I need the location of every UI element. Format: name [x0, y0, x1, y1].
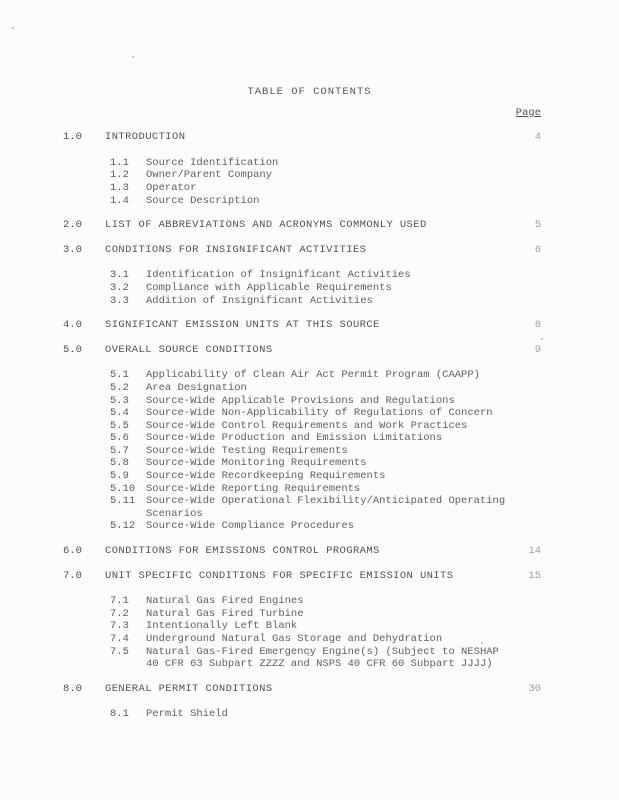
section-number: 3.0	[63, 244, 105, 257]
toc-subsection: 1.3Operator	[110, 182, 541, 195]
section-page-number: 30	[507, 683, 541, 696]
section-title: GENERAL PERMIT CONDITIONS	[105, 683, 507, 696]
subsection-title: Area Designation	[146, 382, 247, 395]
toc-section: 5.0OVERALL SOURCE CONDITIONS95.1Applicab…	[63, 344, 541, 533]
subsection-number: 5.9	[110, 470, 146, 483]
section-page-number: 14	[507, 545, 541, 558]
subsection-number: 8.1	[110, 708, 146, 721]
subsection-number: 5.1	[110, 369, 146, 382]
subsection-title: Natural Gas Fired Turbine	[146, 608, 304, 621]
toc-section: 3.0CONDITIONS FOR INSIGNIFICANT ACTIVITI…	[63, 244, 541, 307]
subsection-title: Intentionally Left Blank	[146, 620, 297, 633]
toc-section-row: 8.0GENERAL PERMIT CONDITIONS30	[63, 683, 541, 696]
subsection-title: Natural Gas Fired Engines	[146, 595, 304, 608]
section-page-number: 9	[507, 344, 541, 357]
subsection-number: 3.3	[110, 295, 146, 308]
subsection-list: 5.1Applicability of Clean Air Act Permit…	[110, 369, 541, 533]
toc-section: 1.0INTRODUCTION41.1Source Identification…	[63, 131, 541, 207]
subsection-title: Source-Wide Production and Emission Limi…	[146, 432, 442, 445]
toc-subsection: 1.4Source Description	[110, 195, 541, 208]
subsection-title: Source Description	[146, 195, 259, 208]
section-number: 1.0	[63, 131, 105, 144]
toc-subsection: 3.3Addition of Insignificant Activities	[110, 295, 541, 308]
scan-speck	[132, 56, 134, 58]
section-title: CONDITIONS FOR INSIGNIFICANT ACTIVITIES	[105, 244, 507, 257]
toc-section: 2.0LIST OF ABBREVIATIONS AND ACRONYMS CO…	[63, 219, 541, 232]
toc-subsection: 1.1Source Identification	[110, 157, 541, 170]
subsection-number: 1.2	[110, 169, 146, 182]
toc-subsection: 5.11Source-Wide Operational Flexibility/…	[110, 495, 541, 520]
section-title: INTRODUCTION	[105, 131, 507, 144]
subsection-number: 5.11	[110, 495, 146, 520]
subsection-title: Underground Natural Gas Storage and Dehy…	[146, 633, 442, 646]
scanned-document-page: TABLE OF CONTENTS Page 1.0INTRODUCTION41…	[0, 0, 619, 800]
scan-speck	[12, 27, 14, 29]
subsection-number: 7.3	[110, 620, 146, 633]
subsection-title: Identification of Insignificant Activiti…	[146, 269, 411, 282]
subsection-title: Owner/Parent Company	[146, 169, 272, 182]
toc-section-row: 6.0CONDITIONS FOR EMISSIONS CONTROL PROG…	[63, 545, 541, 558]
section-page-number: 15	[507, 570, 541, 583]
subsection-number: 3.2	[110, 282, 146, 295]
section-page-number: 6	[507, 244, 541, 257]
subsection-title: Operator	[146, 182, 196, 195]
subsection-title: Source-Wide Compliance Procedures	[146, 520, 354, 533]
section-number: 7.0	[63, 570, 105, 583]
section-number: 8.0	[63, 683, 105, 696]
section-title: UNIT SPECIFIC CONDITIONS FOR SPECIFIC EM…	[105, 570, 507, 583]
subsection-number: 1.4	[110, 195, 146, 208]
subsection-number: 1.3	[110, 182, 146, 195]
subsection-number: 5.8	[110, 457, 146, 470]
toc-section-row: 1.0INTRODUCTION4	[63, 131, 541, 144]
toc-content: Page 1.0INTRODUCTION41.1Source Identific…	[63, 107, 541, 721]
toc-subsection: 5.8Source-Wide Monitoring Requirements	[110, 457, 541, 470]
subsection-title: Source-Wide Reporting Requirements	[146, 483, 360, 496]
toc-subsection: 5.5Source-Wide Control Requirements and …	[110, 420, 541, 433]
subsection-number: 5.7	[110, 445, 146, 458]
subsection-list: 1.1Source Identification1.2Owner/Parent …	[110, 157, 541, 207]
subsection-list: 3.1Identification of Insignificant Activ…	[110, 269, 541, 307]
subsection-title: Source-Wide Non-Applicability of Regulat…	[146, 407, 493, 420]
scan-speck	[541, 338, 543, 340]
subsection-title: Source-Wide Testing Requirements	[146, 445, 348, 458]
subsection-number: 7.4	[110, 633, 146, 646]
page-title: TABLE OF CONTENTS	[0, 0, 619, 99]
toc-subsection: 1.2Owner/Parent Company	[110, 169, 541, 182]
toc-section-row: 7.0UNIT SPECIFIC CONDITIONS FOR SPECIFIC…	[63, 570, 541, 583]
scan-speck	[481, 642, 483, 644]
toc-subsection: 5.10Source-Wide Reporting Requirements	[110, 483, 541, 496]
subsection-number: 5.6	[110, 432, 146, 445]
section-number: 6.0	[63, 545, 105, 558]
toc-subsection: 5.2Area Designation	[110, 382, 541, 395]
toc-subsection: 5.3Source-Wide Applicable Provisions and…	[110, 395, 541, 408]
subsection-title: Source Identification	[146, 157, 278, 170]
subsection-list: 8.1Permit Shield	[110, 708, 541, 721]
subsection-title: Permit Shield	[146, 708, 228, 721]
subsection-number: 1.1	[110, 157, 146, 170]
subsection-title: Source-Wide Operational Flexibility/Anti…	[146, 495, 505, 520]
toc-subsection: 5.12Source-Wide Compliance Procedures	[110, 520, 541, 533]
toc-section-row: 4.0SIGNIFICANT EMISSION UNITS AT THIS SO…	[63, 319, 541, 332]
toc-section-row: 3.0CONDITIONS FOR INSIGNIFICANT ACTIVITI…	[63, 244, 541, 257]
subsection-number: 3.1	[110, 269, 146, 282]
subsection-title: Source-Wide Control Requirements and Wor…	[146, 420, 467, 433]
toc-subsection: 7.4Underground Natural Gas Storage and D…	[110, 633, 541, 646]
subsection-number: 5.2	[110, 382, 146, 395]
toc-section-row: 2.0LIST OF ABBREVIATIONS AND ACRONYMS CO…	[63, 219, 541, 232]
subsection-title: Addition of Insignificant Activities	[146, 295, 373, 308]
subsection-title: Applicability of Clean Air Act Permit Pr…	[146, 369, 480, 382]
section-number: 2.0	[63, 219, 105, 232]
section-number: 5.0	[63, 344, 105, 357]
subsection-number: 7.1	[110, 595, 146, 608]
toc-section: 4.0SIGNIFICANT EMISSION UNITS AT THIS SO…	[63, 319, 541, 332]
toc-section: 8.0GENERAL PERMIT CONDITIONS308.1Permit …	[63, 683, 541, 721]
section-title: LIST OF ABBREVIATIONS AND ACRONYMS COMMO…	[105, 219, 507, 232]
toc-subsection: 7.1Natural Gas Fired Engines	[110, 595, 541, 608]
toc-section-row: 5.0OVERALL SOURCE CONDITIONS9	[63, 344, 541, 357]
section-page-number: 8	[507, 319, 541, 332]
toc-subsection: 7.3Intentionally Left Blank	[110, 620, 541, 633]
subsection-title: Compliance with Applicable Requirements	[146, 282, 392, 295]
toc-subsection: 8.1Permit Shield	[110, 708, 541, 721]
toc-subsection: 5.1Applicability of Clean Air Act Permit…	[110, 369, 541, 382]
subsection-number: 5.4	[110, 407, 146, 420]
toc-subsection: 7.2Natural Gas Fired Turbine	[110, 608, 541, 621]
subsection-number: 5.3	[110, 395, 146, 408]
scan-speck	[480, 653, 482, 654]
toc-subsection: 5.7Source-Wide Testing Requirements	[110, 445, 541, 458]
toc-section: 6.0CONDITIONS FOR EMISSIONS CONTROL PROG…	[63, 545, 541, 558]
subsection-title: Source-Wide Monitoring Requirements	[146, 457, 367, 470]
toc-sections: 1.0INTRODUCTION41.1Source Identification…	[63, 131, 541, 721]
subsection-number: 5.10	[110, 483, 146, 496]
toc-subsection: 3.1Identification of Insignificant Activ…	[110, 269, 541, 282]
subsection-title: Source-Wide Applicable Provisions and Re…	[146, 395, 455, 408]
section-title: OVERALL SOURCE CONDITIONS	[105, 344, 507, 357]
toc-subsection: 5.6Source-Wide Production and Emission L…	[110, 432, 541, 445]
subsection-number: 7.2	[110, 608, 146, 621]
section-page-number: 5	[507, 219, 541, 232]
toc-subsection: 5.4Source-Wide Non-Applicability of Regu…	[110, 407, 541, 420]
footer-page-number: 2	[0, 648, 619, 661]
subsection-number: 5.12	[110, 520, 146, 533]
subsection-number: 5.5	[110, 420, 146, 433]
section-number: 4.0	[63, 319, 105, 332]
subsection-title: Source-Wide Recordkeeping Requirements	[146, 470, 385, 483]
toc-subsection: 3.2Compliance with Applicable Requiremen…	[110, 282, 541, 295]
section-title: CONDITIONS FOR EMISSIONS CONTROL PROGRAM…	[105, 545, 507, 558]
page-column-header: Page	[63, 107, 541, 120]
section-page-number: 4	[507, 131, 541, 144]
toc-subsection: 5.9Source-Wide Recordkeeping Requirement…	[110, 470, 541, 483]
section-title: SIGNIFICANT EMISSION UNITS AT THIS SOURC…	[105, 319, 507, 332]
